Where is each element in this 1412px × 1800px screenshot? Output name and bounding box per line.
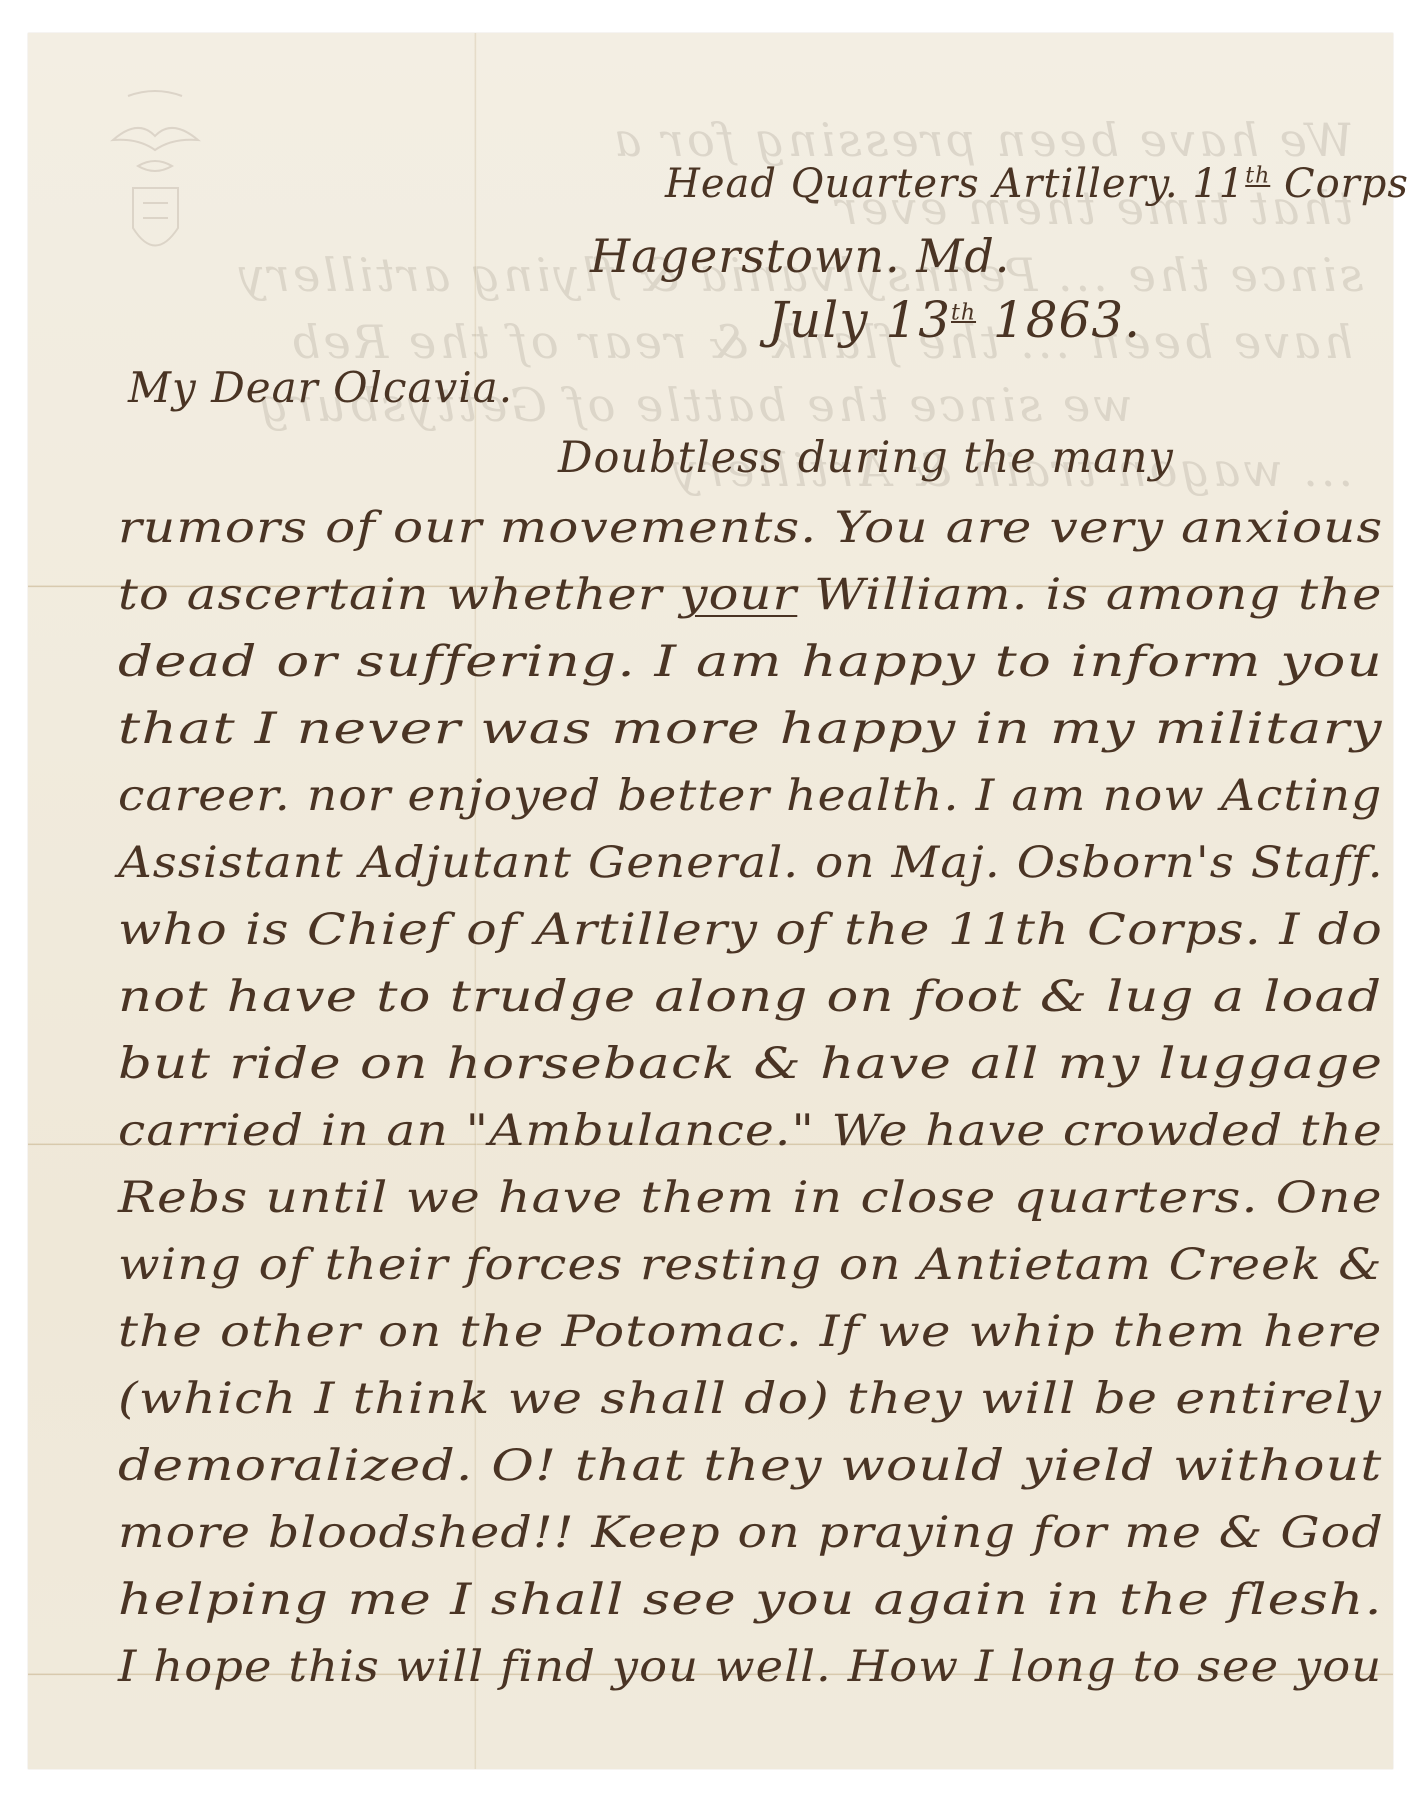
letter-line: (which I think we shall do) they will be…	[118, 1374, 1382, 1424]
bleed-through-line: We have been pressing for a	[611, 113, 1353, 167]
letter-line: career. nor enjoyed better health. I am …	[118, 771, 1382, 821]
letter-date: July 13th 1863.	[768, 291, 1141, 349]
letter-heading-place: Hagerstown. Md.	[590, 229, 1010, 283]
letter-line: dead or suffering. I am happy to inform …	[118, 637, 1383, 687]
letter-line: demoralized. O! that they would yield wi…	[118, 1441, 1382, 1491]
letter-line: that I never was more happy in my milita…	[118, 704, 1383, 754]
letter-line: rumors of our movements. You are very an…	[118, 503, 1383, 553]
letter-opening-line: Doubtless during the many	[558, 433, 1174, 483]
letter-line: more bloodshed!! Keep on praying for me …	[118, 1508, 1384, 1558]
letter-line: helping me I shall see you again in the …	[118, 1575, 1383, 1625]
letter-line: the other on the Potomac. If we whip the…	[118, 1307, 1383, 1357]
letter-line: I hope this will find you well. How I lo…	[118, 1642, 1382, 1692]
letter-heading-unit: Head Quarters Artillery. 11th Corps	[665, 161, 1409, 207]
letter-line: wing of their forces resting on Antietam…	[118, 1240, 1383, 1290]
letter-line: to ascertain whether your William. is am…	[118, 570, 1383, 620]
letter-line: Assistant Adjutant General. on Maj. Osbo…	[118, 838, 1384, 888]
letter-line: but ride on horseback & have all my lugg…	[118, 1039, 1383, 1089]
letter-line: who is Chief of Artillery of the 11th Co…	[118, 905, 1383, 955]
underlined-word: your	[679, 570, 797, 620]
letter-salutation: My Dear Olcavia.	[128, 363, 513, 412]
letter-line: not have to trudge along on foot & lug a…	[118, 972, 1382, 1022]
letter-line: carried in an "Ambulance." We have crowd…	[118, 1106, 1383, 1156]
letter-line: Rebs until we have them in close quarter…	[118, 1173, 1383, 1223]
embossed-crest-icon	[108, 78, 203, 268]
letter-paper: We have been pressing for a that time th…	[28, 33, 1393, 1769]
